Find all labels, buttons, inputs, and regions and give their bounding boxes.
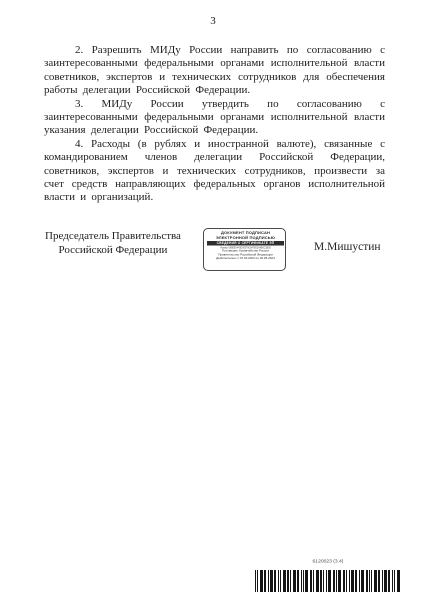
footer-doc-code: 6120023 (3.4) [283, 558, 374, 564]
paragraph-2: 2. Разрешить МИДу России направить по со… [44, 44, 385, 98]
stamp-content: ДОКУМЕНТ ПОДПИСАН ЭЛЕКТРОННОЙ ПОДПИСЬЮ С… [204, 229, 286, 261]
stamp-validity: Действителен: с 07.03.2023 по 30.05.2024 [204, 257, 286, 261]
document-body: 2. Разрешить МИДу России направить по со… [44, 44, 385, 205]
signatory-name: М.Мишустин [314, 241, 381, 253]
stamp-title-line-2: ЭЛЕКТРОННОЙ ПОДПИСЬЮ [204, 235, 286, 240]
page-number: 3 [0, 15, 426, 27]
paragraph-3: 3. МИДу России утвердить по согласованию… [44, 98, 385, 138]
position-line-2: Российской Федерации [40, 244, 186, 258]
digital-signature-stamp: ДОКУМЕНТ ПОДПИСАН ЭЛЕКТРОННОЙ ПОДПИСЬЮ С… [203, 228, 286, 271]
barcode [255, 570, 401, 592]
position-line-1: Председатель Правительства [40, 230, 186, 244]
document-page: 3 2. Разрешить МИДу России направить по … [0, 0, 426, 600]
paragraph-4: 4. Расходы (в рублях и иностранной валют… [44, 138, 385, 205]
stamp-certificate-band: СВЕДЕНИЯ О СЕРТИФИКАТЕ ЭП [207, 241, 284, 246]
signatory-position: Председатель Правительства Российской Фе… [40, 230, 186, 257]
